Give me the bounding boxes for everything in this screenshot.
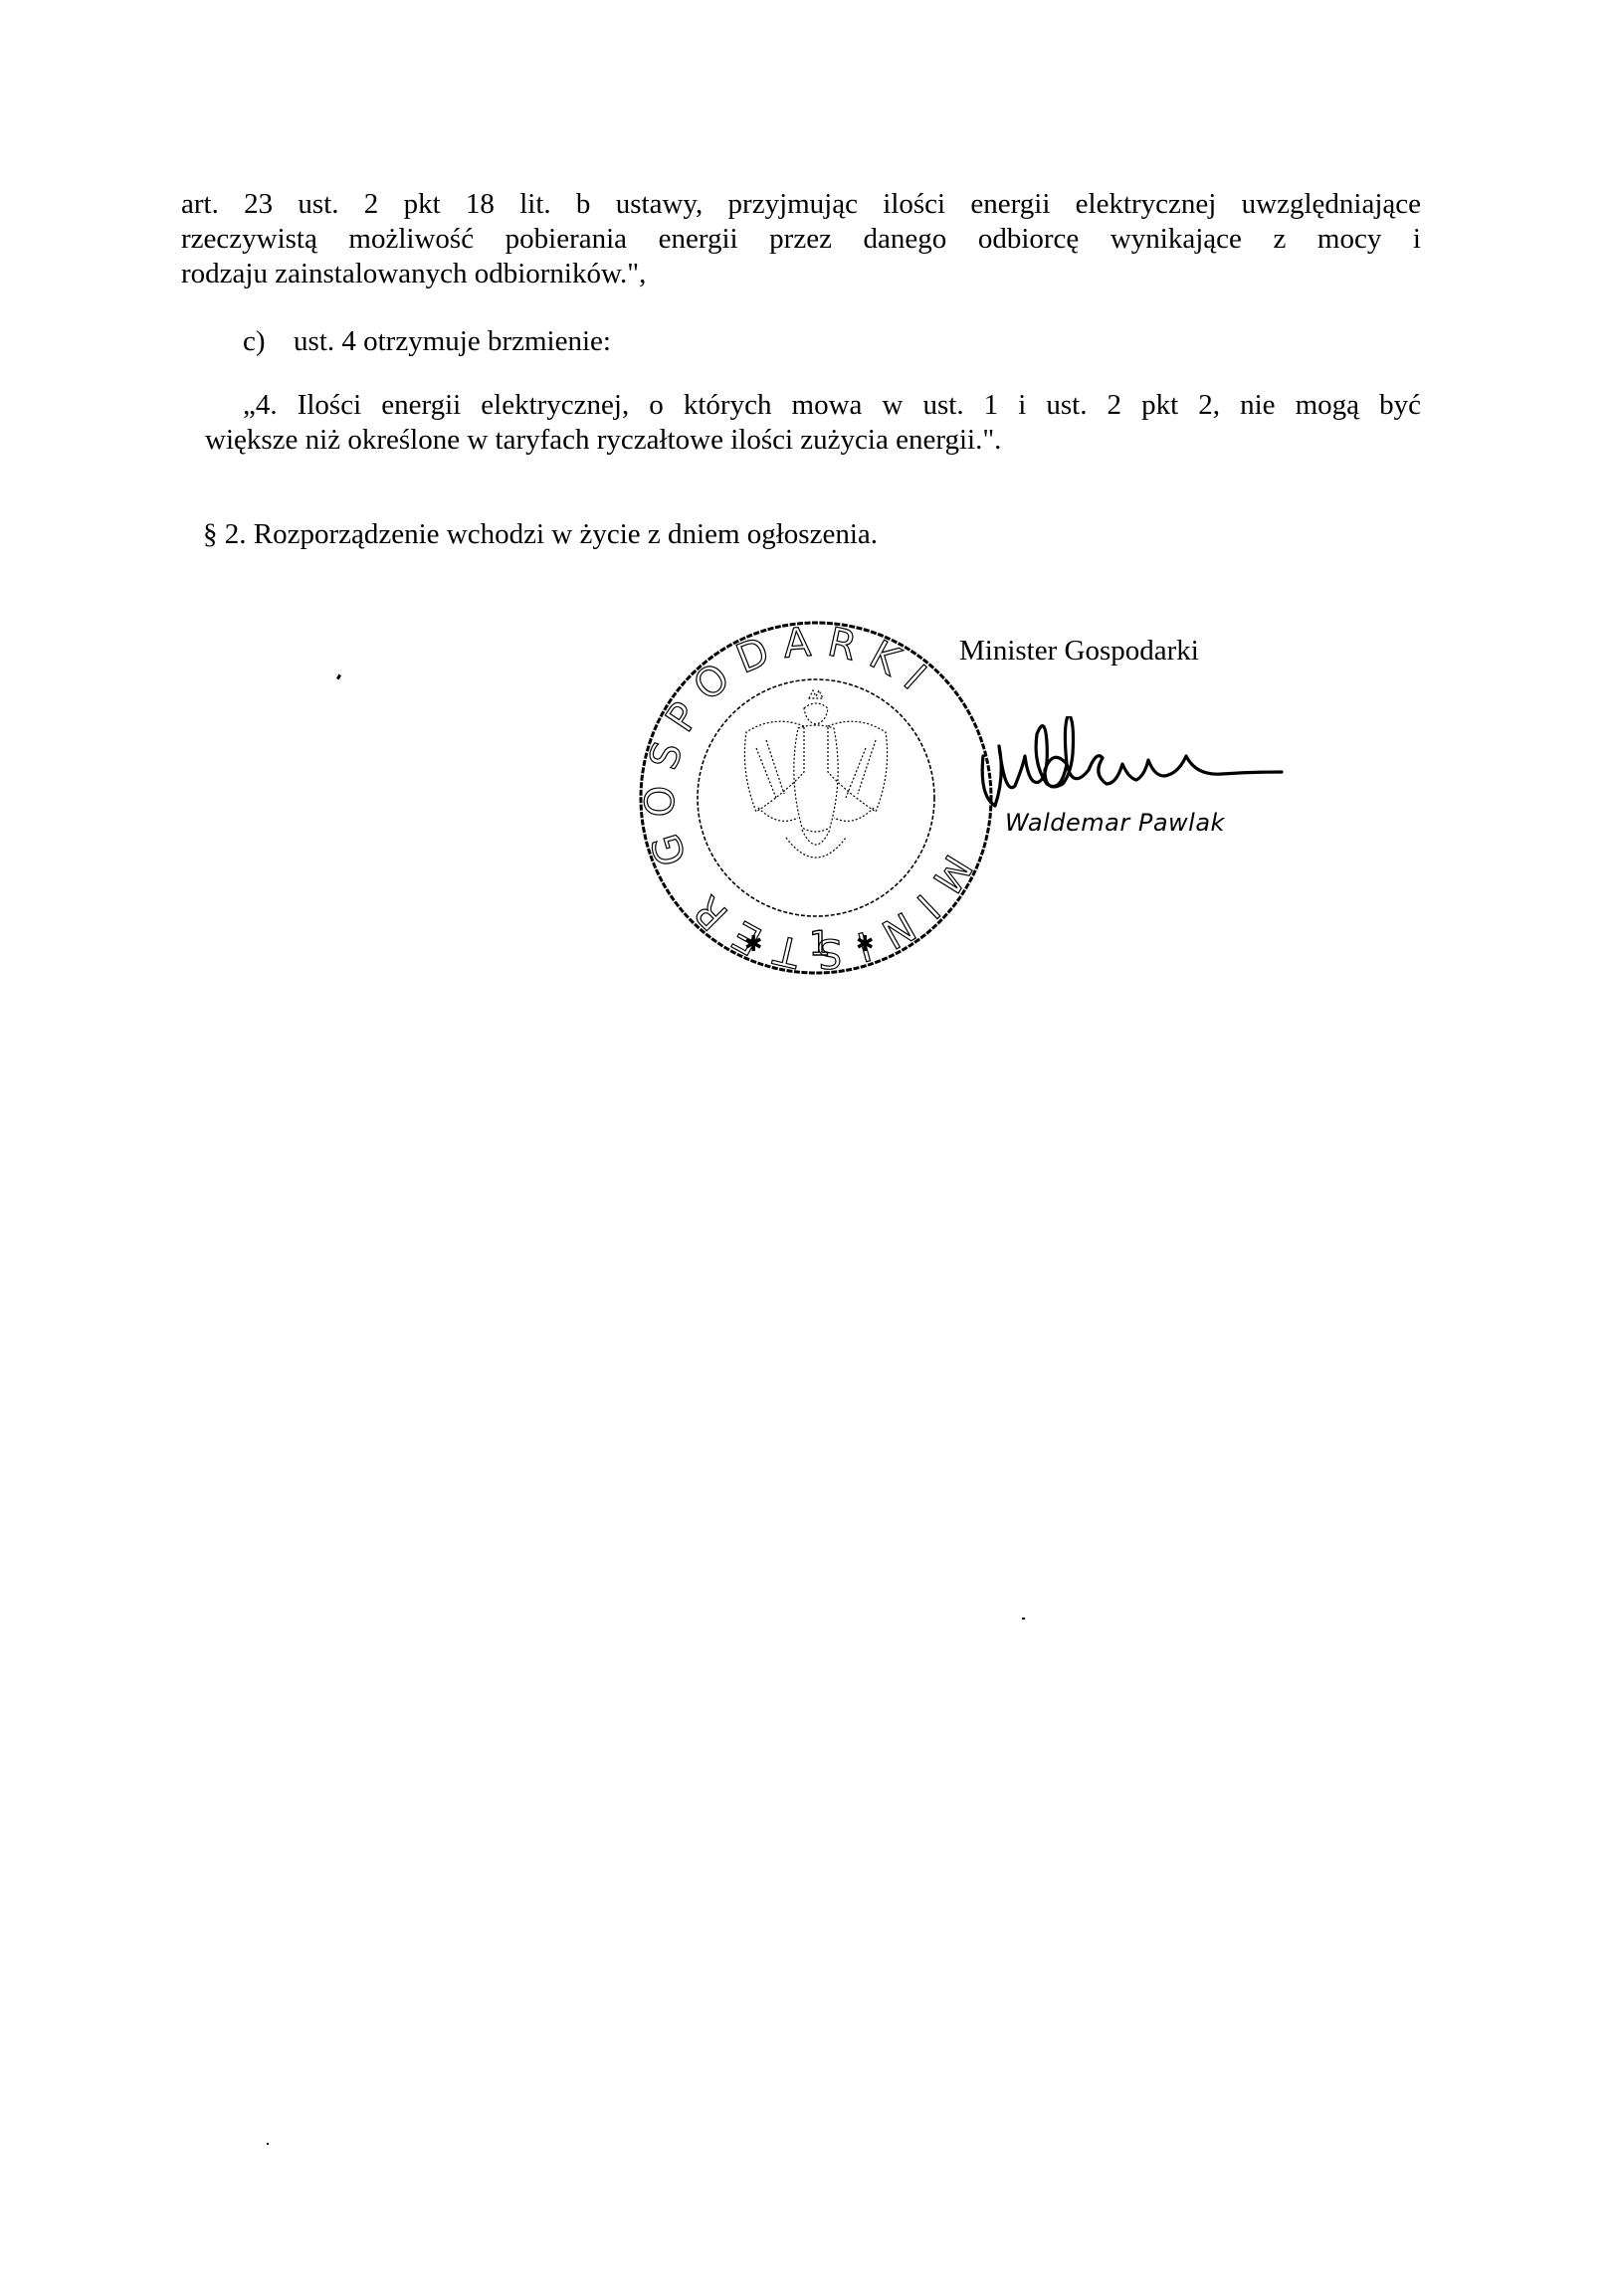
scan-speck [336,674,341,680]
stamp-star-right: ✱ [856,932,874,957]
quoted-provision-line-2: większe niż określone w taryfach ryczałt… [205,423,1001,458]
signer-name: Waldemar Pawlak [1005,808,1225,838]
official-seal-icon: MINISTER GOSPODARKI ✱ 1 ✱ [627,609,1005,987]
paragraph-line-2: rzeczywistą możliwość pobierania energii… [181,222,1421,257]
item-c-label: c) [243,325,266,357]
signer-title: Minister Gospodarki [959,634,1199,669]
paragraph-line-3: rodzaju zainstalowanych odbiorników.", [181,257,646,291]
handwritten-signature-icon [975,716,1333,816]
paragraph-line-1: art. 23 ust. 2 pkt 18 lit. b ustawy, prz… [181,187,1421,222]
eagle-emblem-icon [744,690,887,858]
stamp-star-left: ✱ [744,932,762,957]
stamp-number: 1 [809,924,831,964]
item-c-text: ust. 4 otrzymuje brzmienie: [294,325,611,357]
scan-speck [1022,1618,1025,1620]
quoted-provision-line-1: „4. Ilości energii elektrycznej, o który… [243,388,1421,423]
document-page: art. 23 ust. 2 pkt 18 lit. b ustawy, prz… [0,0,1616,2296]
scan-speck [267,2143,269,2145]
item-c: c) ust. 4 otrzymuje brzmienie: [243,324,611,359]
section-2: § 2. Rozporządzenie wchodzi w życie z dn… [203,517,878,552]
